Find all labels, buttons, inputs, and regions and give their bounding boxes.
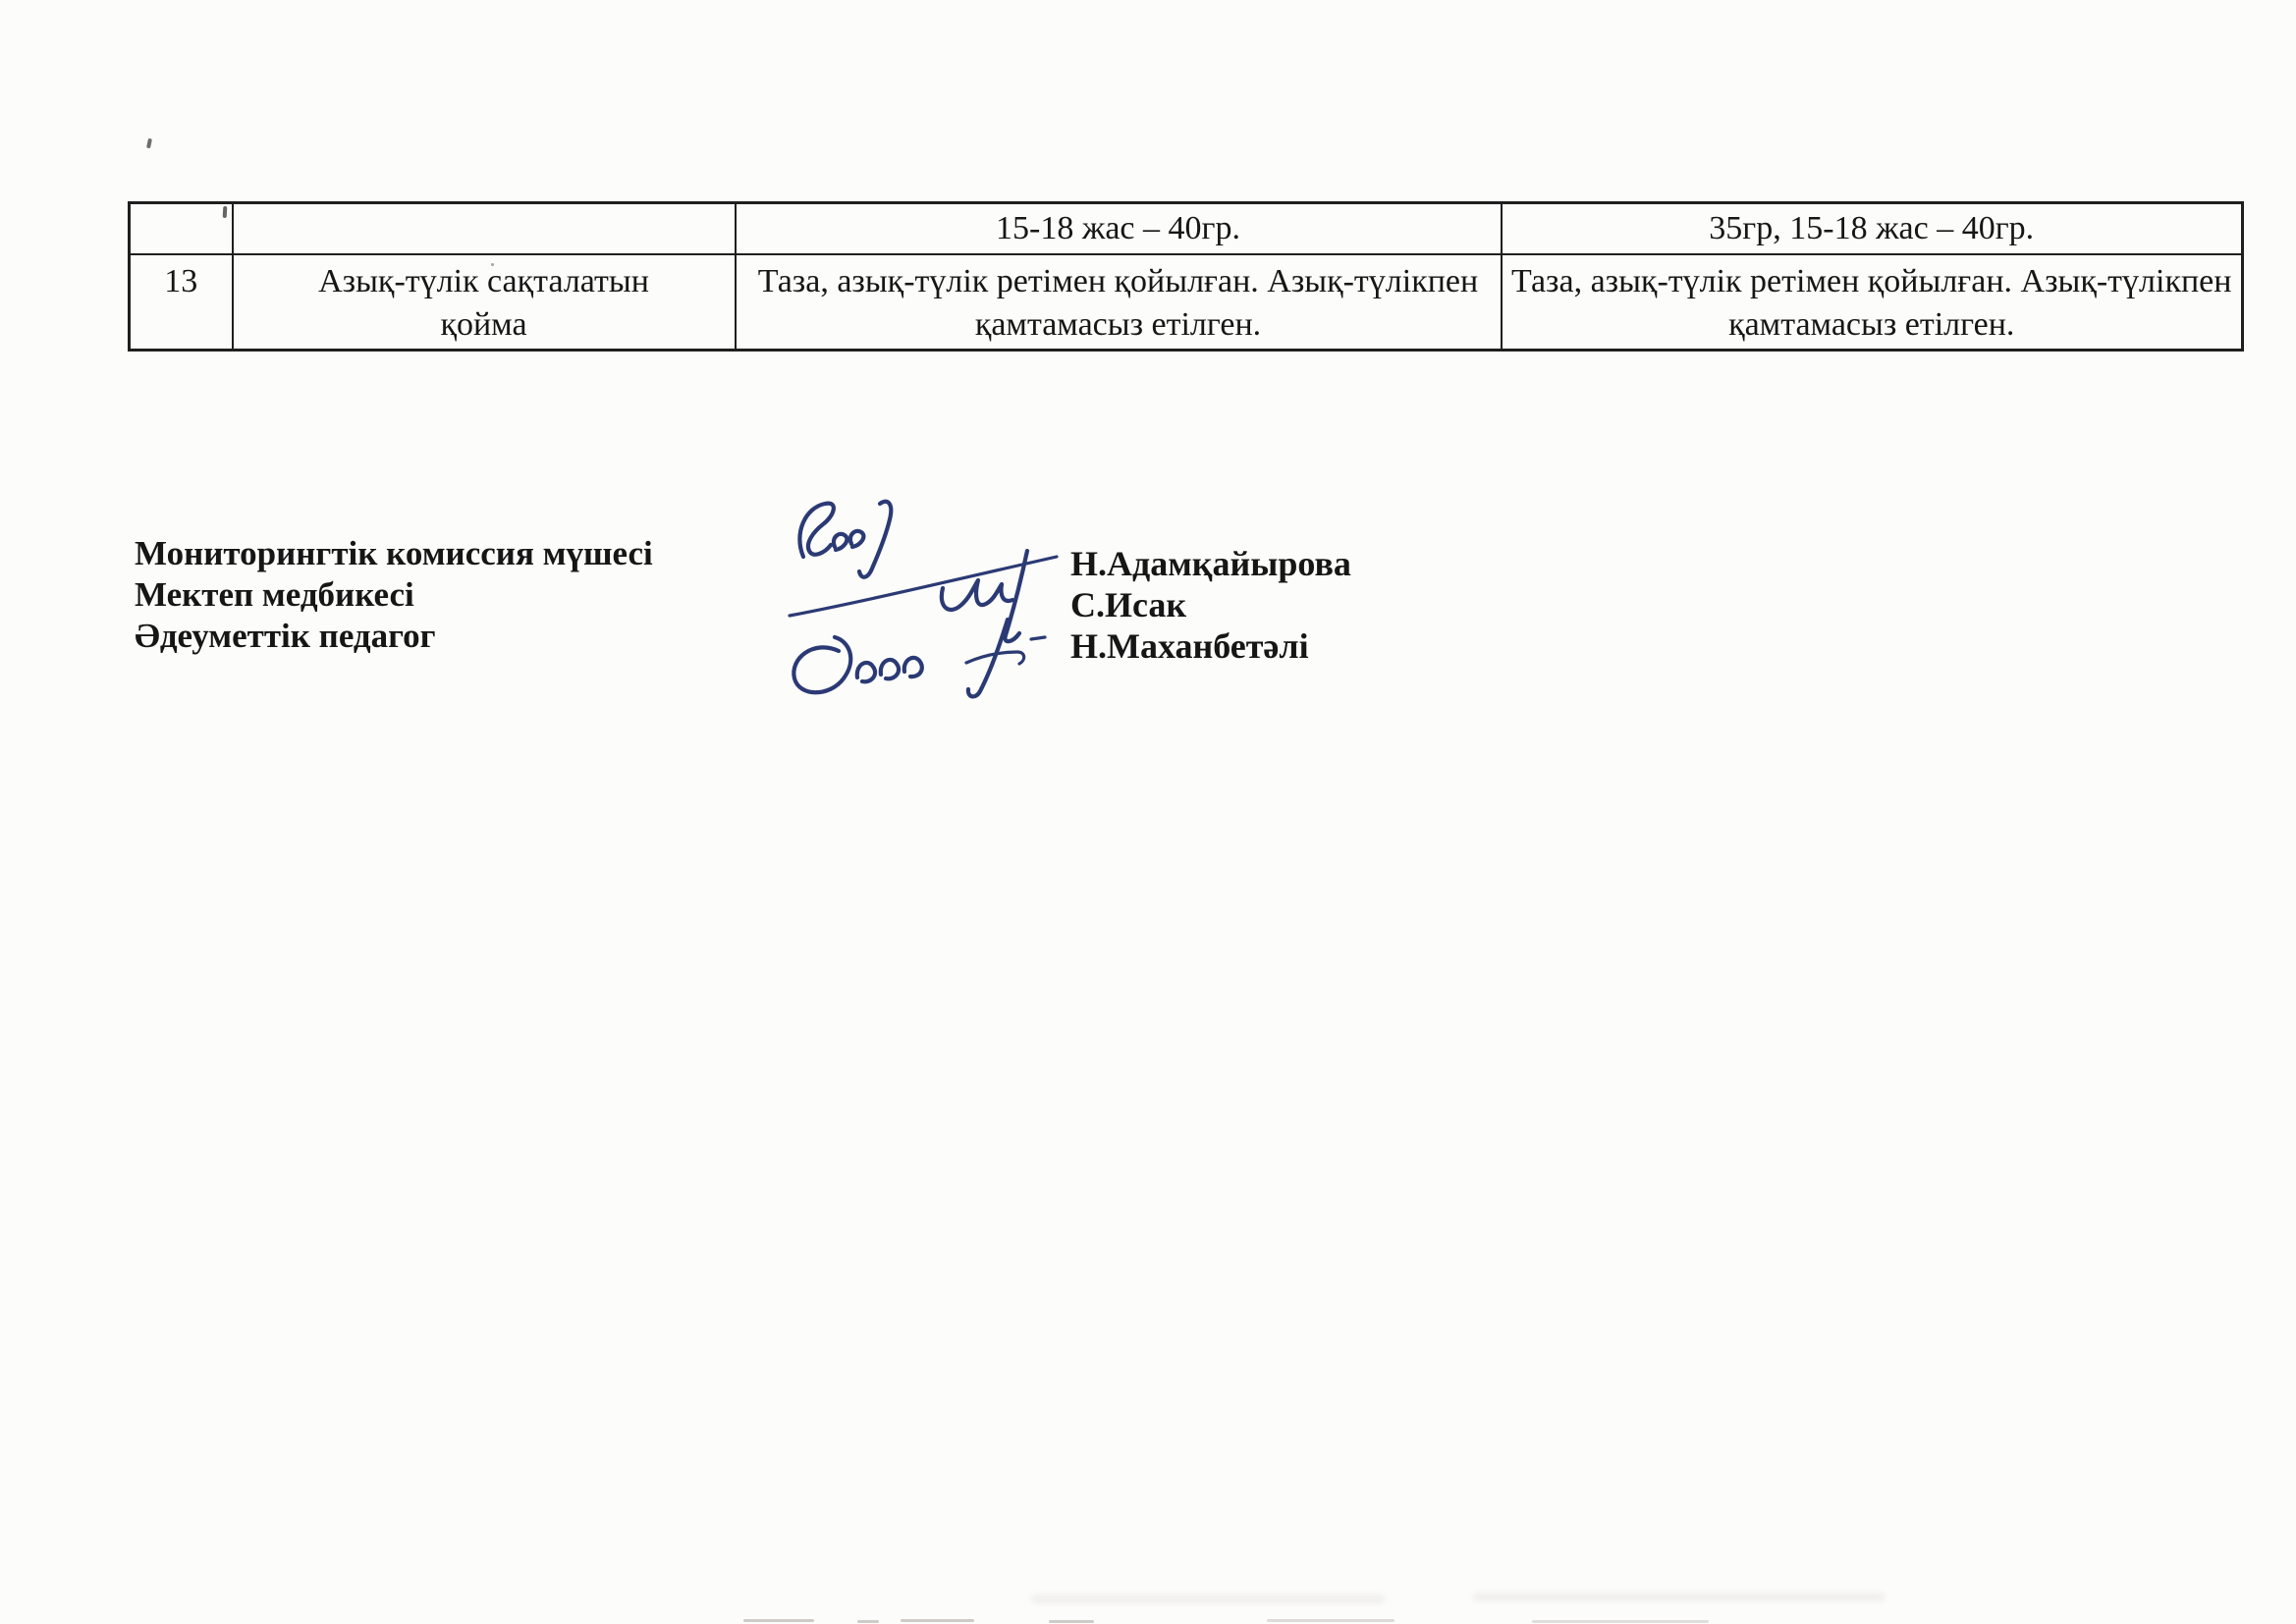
- cell-fact-value: Таза, азық-түлік ретімен қойылған. Азық-…: [1502, 254, 2243, 351]
- scan-edge-artifact: [901, 1619, 974, 1622]
- scanned-document-page: 15-18 жас – 40гр. 35гр, 15-18 жас – 40гр…: [0, 0, 2296, 1624]
- cell-object-name: [233, 203, 736, 254]
- signatory-role: Мониторингтік комиссия мүшесі: [135, 533, 653, 574]
- cell-row-number: 13: [130, 254, 233, 351]
- scan-edge-artifact: [743, 1619, 814, 1622]
- signatory-roles: Мониторингтік комиссия мүшесі Мектеп мед…: [135, 533, 653, 657]
- scan-smudge: [1473, 1593, 1886, 1601]
- scan-smudge: [1031, 1595, 1385, 1603]
- cell-norm-value: Таза, азық-түлік ретімен қойылған. Азық-…: [736, 254, 1502, 351]
- cell-fact-value: 35гр, 15-18 жас – 40гр.: [1502, 203, 2243, 254]
- cell-object-name: Азық-түлік сақталатын қойма: [233, 254, 736, 351]
- scan-edge-artifact: [857, 1620, 879, 1623]
- scan-speck: [146, 138, 152, 149]
- scan-edge-artifact: [1049, 1620, 1094, 1623]
- signatory-name: Н.Адамқайырова: [1070, 543, 1351, 584]
- signatory-name: Н.Маханбетәлі: [1070, 625, 1351, 667]
- signatory-role: Мектеп медбикесі: [135, 574, 653, 616]
- scan-edge-artifact: [1267, 1619, 1394, 1622]
- cell-norm-value: 15-18 жас – 40гр.: [736, 203, 1502, 254]
- signatory-name: С.Исак: [1070, 584, 1351, 625]
- signatory-names: Н.Адамқайырова С.Исак Н.Маханбетәлі: [1070, 543, 1351, 667]
- handwritten-signatures: [774, 494, 1098, 710]
- inspection-table: 15-18 жас – 40гр. 35гр, 15-18 жас – 40гр…: [128, 201, 2244, 352]
- table-row-continuation: 15-18 жас – 40гр. 35гр, 15-18 жас – 40гр…: [130, 203, 2243, 254]
- table-row-13: 13 Азық-түлік сақталатын қойма Таза, азы…: [130, 254, 2243, 351]
- scan-edge-artifact: [1532, 1620, 1709, 1623]
- cell-object-text: Азық-түлік сақталатын қойма: [273, 260, 695, 347]
- cell-row-number: [130, 203, 233, 254]
- signatory-role: Әдеуметтік педагог: [135, 616, 653, 657]
